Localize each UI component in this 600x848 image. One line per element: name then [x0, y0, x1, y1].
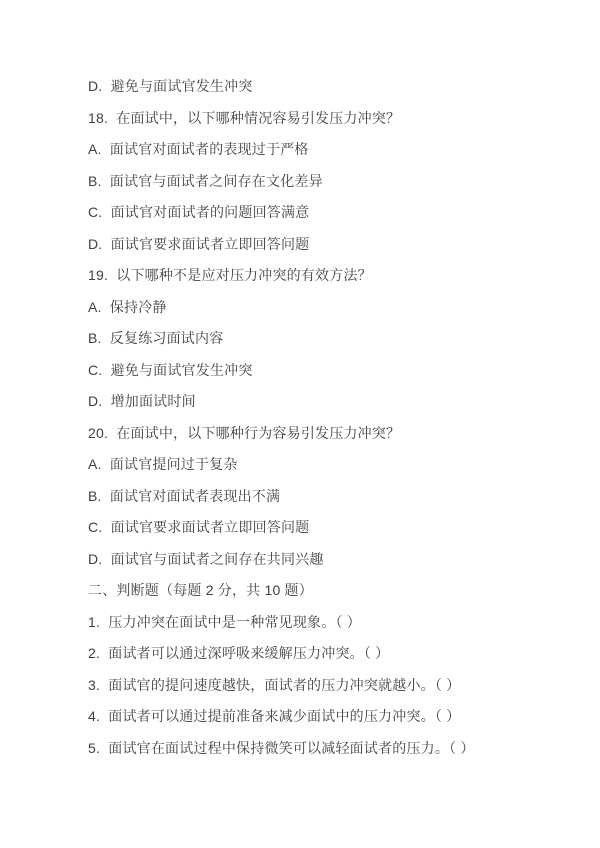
option-line-q20-d: D. 面试官与面试者之间存在共同兴趣: [88, 549, 560, 569]
judgment-line-3: 3. 面试官的提问速度越快，面试者的压力冲突就越小。（ ）: [88, 675, 560, 695]
question-line-18: 18. 在面试中，以下哪种情况容易引发压力冲突？: [88, 108, 560, 128]
option-line-q20-a: A. 面试官提问过于复杂: [88, 454, 560, 474]
question-line-20: 20. 在面试中，以下哪种行为容易引发压力冲突？: [88, 423, 560, 443]
option-line-q18-d: D. 面试官要求面试者立即回答问题: [88, 234, 560, 254]
option-line-q19-a: A. 保持冷静: [88, 297, 560, 317]
option-line-q18-c: C. 面试官对面试者的问题回答满意: [88, 202, 560, 222]
option-line-q19-b: B. 反复练习面试内容: [88, 328, 560, 348]
option-line-q17-d: D. 避免与面试官发生冲突: [88, 76, 560, 96]
section-heading-judgment: 二、判断题（每题 2 分，共 10 题）: [88, 580, 560, 600]
option-line-q19-c: C. 避免与面试官发生冲突: [88, 360, 560, 380]
exam-question-list: D. 避免与面试官发生冲突 18. 在面试中，以下哪种情况容易引发压力冲突？ A…: [88, 76, 560, 769]
option-line-q19-d: D. 增加面试时间: [88, 391, 560, 411]
judgment-line-2: 2. 面试者可以通过深呼吸来缓解压力冲突。（ ）: [88, 643, 560, 663]
option-line-q18-a: A. 面试官对面试者的表现过于严格: [88, 139, 560, 159]
document-page: D. 避免与面试官发生冲突 18. 在面试中，以下哪种情况容易引发压力冲突？ A…: [0, 0, 600, 848]
question-line-19: 19. 以下哪种不是应对压力冲突的有效方法？: [88, 265, 560, 285]
judgment-line-1: 1. 压力冲突在面试中是一种常见现象。（ ）: [88, 612, 560, 632]
option-line-q20-b: B. 面试官对面试者表现出不满: [88, 486, 560, 506]
judgment-line-4: 4. 面试者可以通过提前准备来减少面试中的压力冲突。（ ）: [88, 706, 560, 726]
judgment-line-5: 5. 面试官在面试过程中保持微笑可以减轻面试者的压力。（ ）: [88, 738, 560, 758]
option-line-q18-b: B. 面试官与面试者之间存在文化差异: [88, 171, 560, 191]
option-line-q20-c: C. 面试官要求面试者立即回答问题: [88, 517, 560, 537]
